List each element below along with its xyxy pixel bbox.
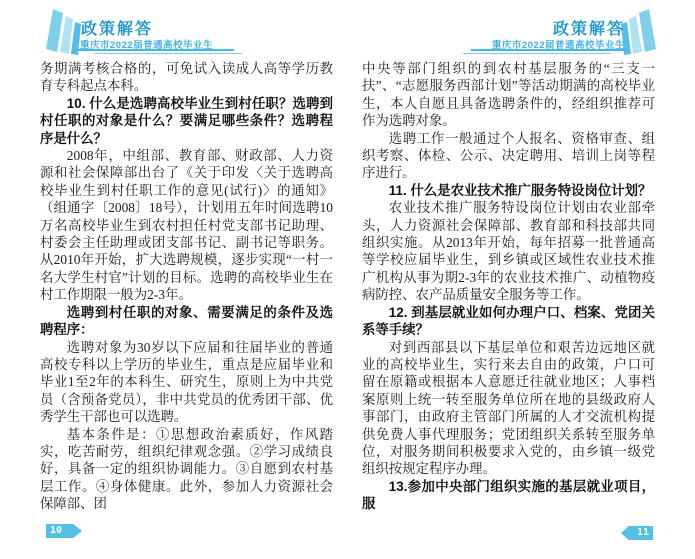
- body-paragraph: 农业技术推广服务特设岗位计划由农业部牵头，人力资源社会保障部、教育部和科技部共同…: [362, 199, 655, 303]
- header-underline-secondary: [463, 53, 611, 54]
- brand-building-logo-icon: [44, 7, 82, 55]
- page-number-badge: 11: [621, 526, 653, 540]
- question-heading: 选聘到村任职的对象、需要满足的条件及选聘程序：: [40, 304, 333, 339]
- body-paragraph: 基本条件是：①思想政治素质好，作风踏实，吃苦耐劳，组织纪律观念强。②学习成绩良好…: [40, 426, 333, 513]
- question-heading: 10. 什么是选聘高校毕业生到村任职？选聘到村任职的对象是什么？要满足哪些条件？…: [40, 95, 333, 147]
- body-paragraph: 选聘工作一般通过个人报名、资格审查、组织考察、体检、公示、决定聘用、培训上岗等程…: [362, 130, 655, 182]
- body-paragraph: 中央等部门组织的到农村基层服务的“三支一扶”、“志愿服务西部计划”等活动期满的高…: [362, 60, 655, 130]
- body-paragraph: 选聘对象为30岁以下应届和往届毕业的普通高校专科以上学历的毕业生，重点是应届毕业…: [40, 339, 333, 426]
- header-title: 政策解答: [553, 16, 625, 39]
- right-page-header: 政策解答 重庆市2022届普通高校毕业生: [348, 0, 695, 60]
- header-title: 政策解答: [81, 16, 153, 39]
- body-paragraph: 2008年，中组部、教育部、财政部、人力资源和社会保障部出台了《关于印发〈关于选…: [40, 147, 333, 304]
- page-number-badge: 10: [46, 524, 82, 538]
- body-paragraph: 对到西部县以下基层单位和艰苦边远地区就业的高校毕业生，实行来去自由的政策，户口可…: [362, 339, 655, 478]
- book-spread: 政策解答 重庆市2022届普通高校毕业生 政策解答 重庆市2022届普通高校毕业…: [0, 0, 695, 559]
- header-underline: [471, 49, 627, 51]
- brand-building-logo-icon: [620, 7, 658, 55]
- left-page-header: 政策解答 重庆市2022届普通高校毕业生: [0, 0, 347, 60]
- header-underline-secondary: [94, 53, 242, 54]
- question-heading: 12. 到基层就业如何办理户口、档案、党团关系等手续？: [362, 304, 655, 339]
- question-heading: 11. 什么是农业技术推广服务特设岗位计划？: [362, 182, 655, 199]
- left-page-text-column: 务期满考核合格的，可免试入读成人高等学历教育专科起点本科。10. 什么是选聘高校…: [40, 60, 333, 513]
- body-paragraph: 务期满考核合格的，可免试入读成人高等学历教育专科起点本科。: [40, 60, 333, 95]
- question-heading: 13.参加中央部门组织实施的基层就业项目，服: [362, 478, 655, 513]
- right-page-text-column: 中央等部门组织的到农村基层服务的“三支一扶”、“志愿服务西部计划”等活动期满的高…: [362, 60, 655, 513]
- header-underline: [78, 49, 234, 51]
